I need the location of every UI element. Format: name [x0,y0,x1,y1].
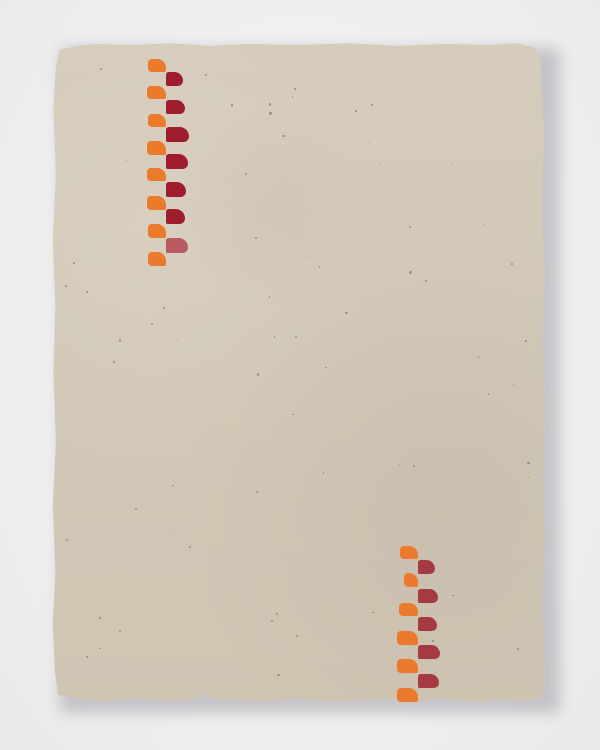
orange-paint-mark [400,546,418,559]
paper-fleck [452,595,453,596]
paper-fleck [271,620,273,622]
paper-fleck [292,96,294,98]
orange-paint-mark [147,86,166,99]
orange-paint-mark [147,196,166,210]
paper-fleck [163,307,165,309]
paper-fleck [355,110,357,112]
paper-fleck [274,336,275,337]
paper-fleck [409,226,411,228]
paper-fleck [409,271,411,273]
crimson-paint-mark [166,72,183,86]
crimson-paint-mark [418,589,438,603]
paper-fleck [151,323,153,325]
crimson-paint-mark [418,645,440,659]
paper-fleck [372,612,373,613]
paper-fleck [282,135,284,137]
orange-paint-mark [148,114,166,127]
paper-fleck [86,291,88,293]
paper-fleck [66,539,68,541]
crimson-paint-mark [166,100,185,114]
paper-fleck [413,465,415,467]
paper-fleck [205,74,207,76]
paper-fleck [73,262,75,264]
orange-paint-mark [148,252,166,266]
paper-fleck [231,104,233,106]
paper-fleck [325,367,326,368]
handmade-paper-sheet [52,42,546,704]
orange-paint-mark [147,141,166,155]
orange-paint-mark [147,168,166,181]
paper-fleck [345,312,347,314]
crimson-paint-mark [166,209,185,224]
paper-fleck [310,257,311,258]
paper-fleck [269,112,271,114]
paper-fleck [256,491,258,493]
paper-fleck [527,462,529,464]
paper-fleck [511,263,513,265]
orange-paint-mark [397,631,418,645]
paper-fleck [525,340,526,341]
crimson-paint-mark [418,617,437,631]
paper-fleck [99,648,100,649]
crimson-paint-mark [418,674,439,688]
paper-fleck [378,235,379,236]
paper-fleck [113,361,115,363]
paper-fleck [245,173,247,175]
crimson-paint-mark [166,182,186,197]
paper-fleck [528,477,529,478]
orange-paint-mark [397,659,418,673]
paper-fleck [274,113,275,114]
orange-paint-mark [399,603,418,616]
orange-paint-mark [148,59,166,72]
orange-paint-mark [148,224,166,238]
paper-fleck [277,674,279,676]
paper-fleck [292,414,293,415]
crimson-paint-mark [166,127,189,142]
paper-fleck [135,508,137,510]
paper-fleck [294,88,295,89]
paper-fleck [425,280,427,282]
paper-fleck [478,356,479,357]
orange-paint-mark [397,688,418,702]
crimson-paint-mark [418,560,435,574]
crimson-paint-mark [166,154,188,169]
paper-fleck [371,104,373,106]
paper-fleck [119,339,121,341]
crimson-paint-mark [166,238,188,253]
